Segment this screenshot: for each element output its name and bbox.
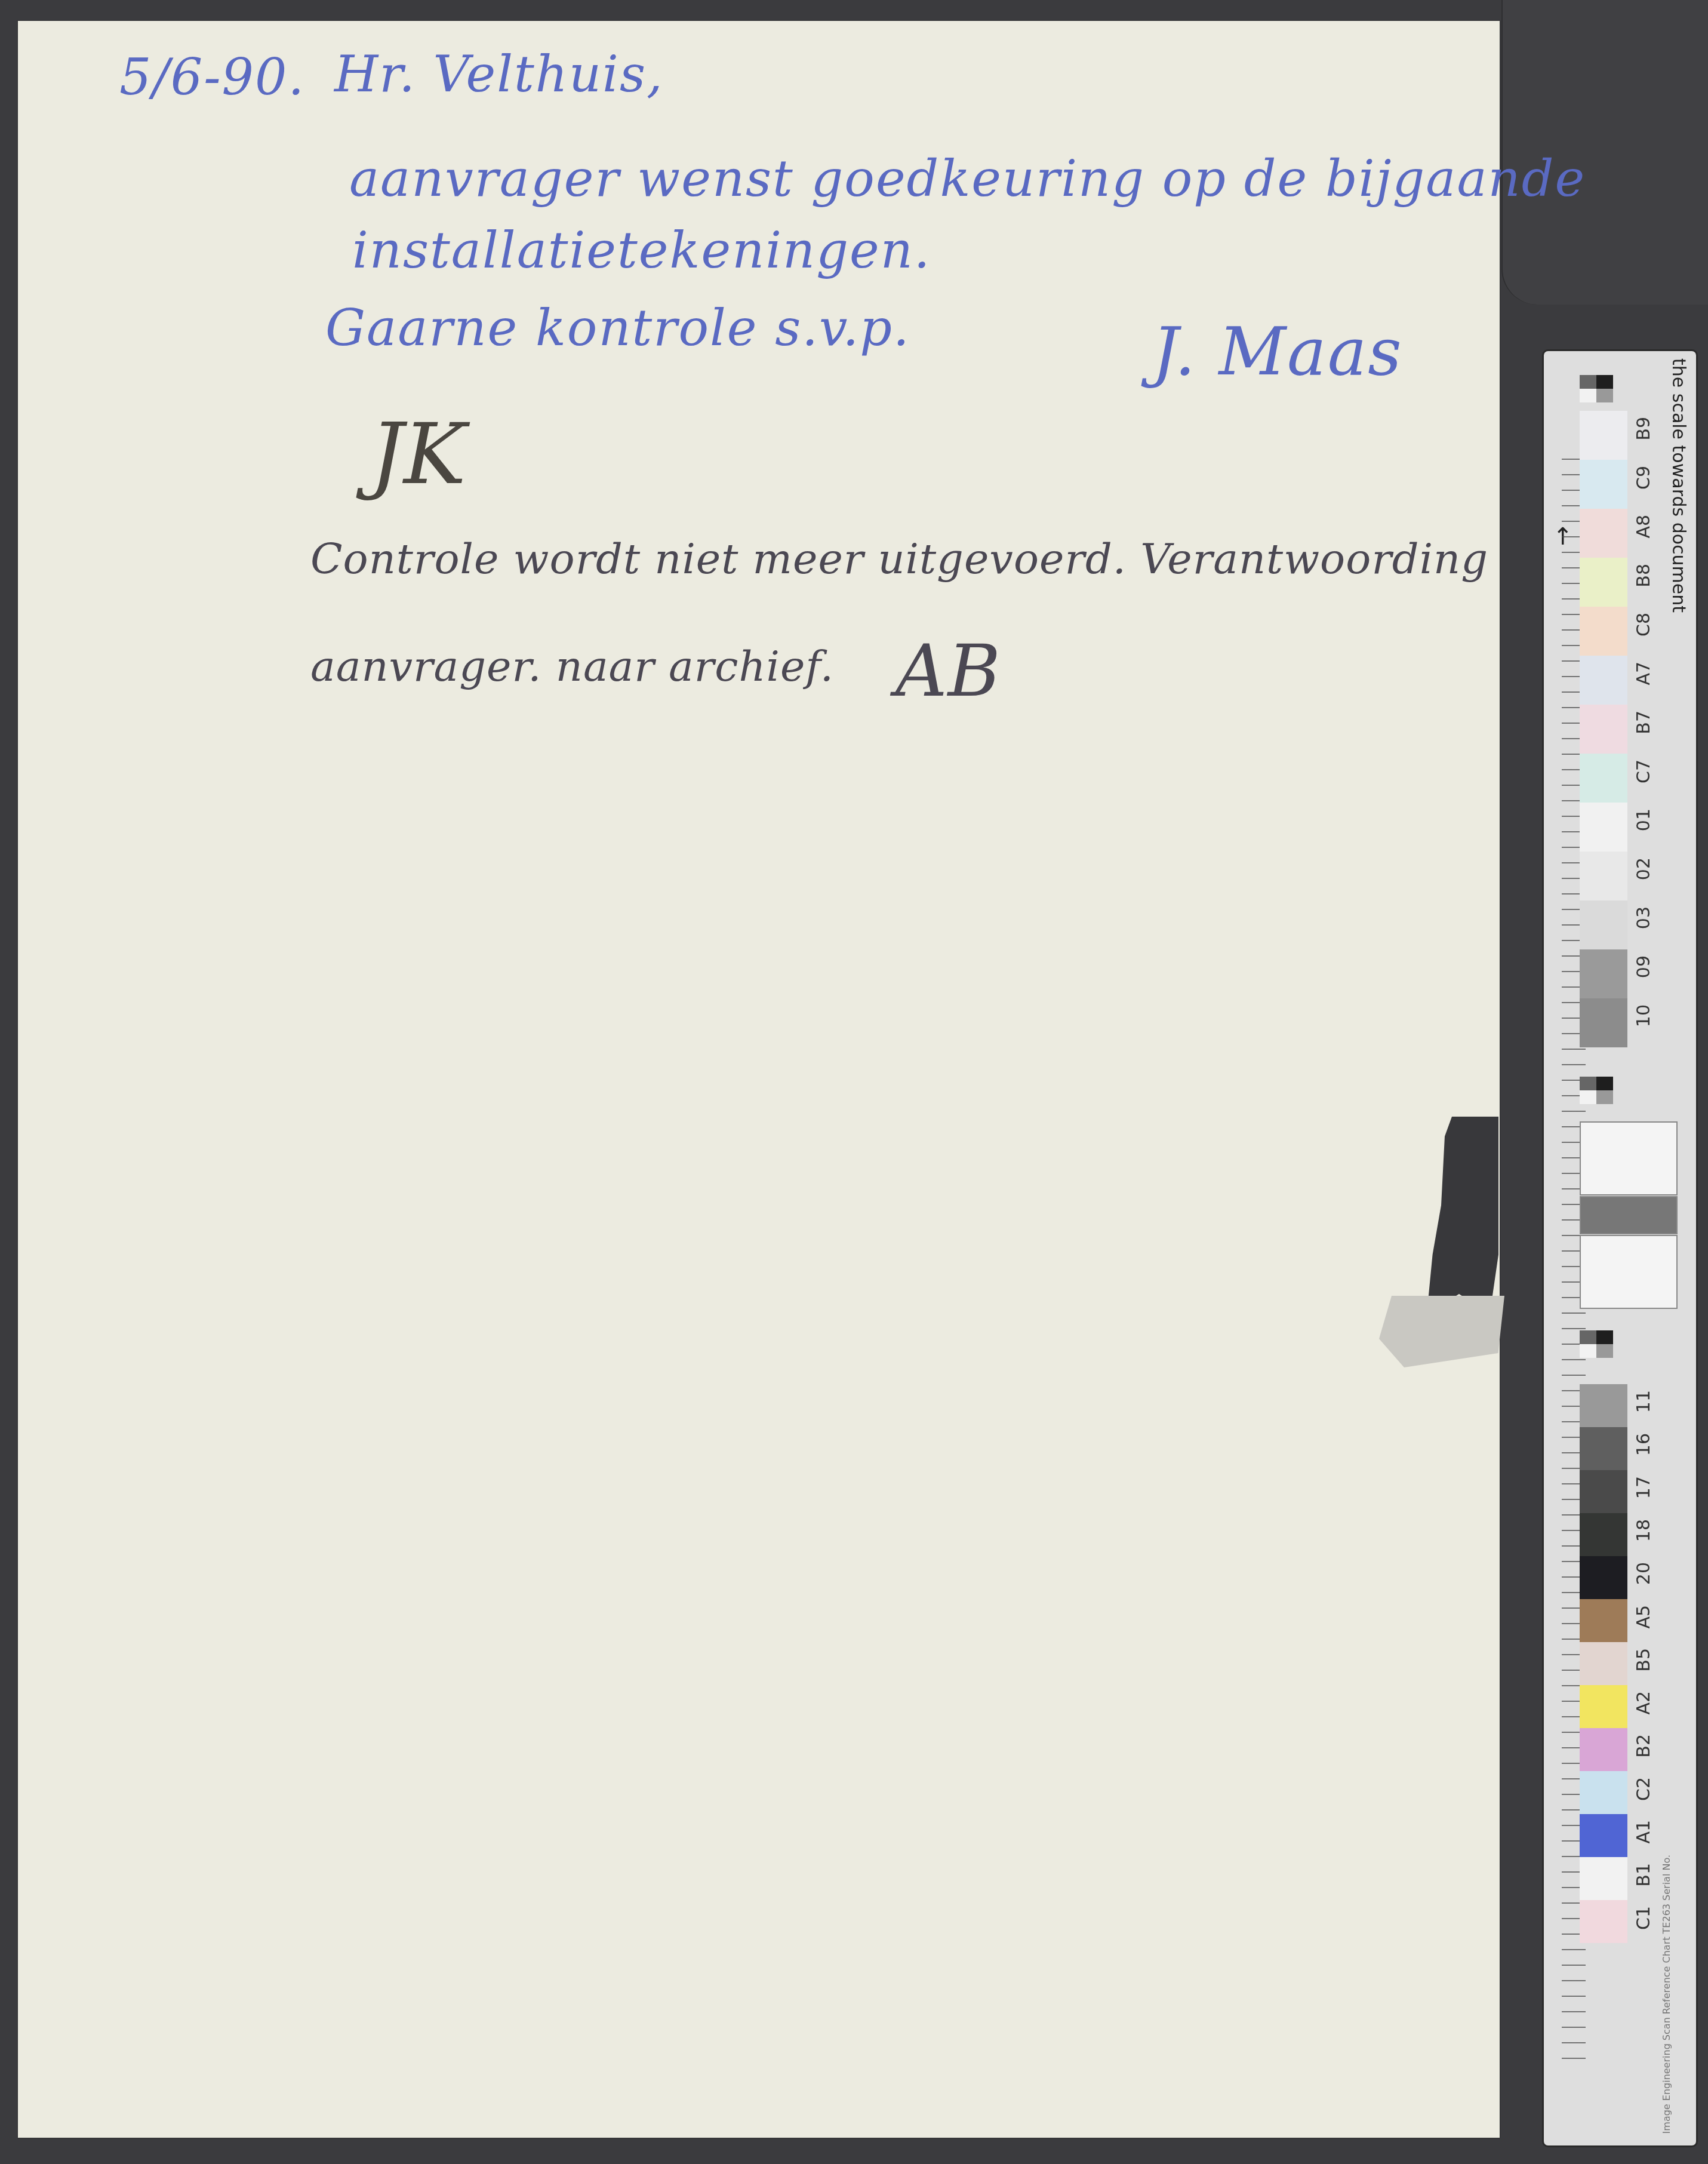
patch-label: A8 (1633, 515, 1654, 539)
document-page: 5/6-90. Hr. Velthuis, aanvrager wenst go… (18, 21, 1500, 2138)
color-patch-B7 (1580, 705, 1627, 754)
patch-label: B1 (1633, 1863, 1654, 1887)
color-patch-A7 (1580, 656, 1627, 705)
salutation: Hr. Velthuis, (334, 45, 664, 103)
note-line-1: aanvrager wenst goedkeuring op de bijgaa… (349, 149, 1586, 208)
color-patch-A5 (1580, 1599, 1627, 1642)
color-patch-C1 (1580, 1900, 1627, 1943)
grey-quad-2 (1580, 1077, 1613, 1104)
patch-label: 09 (1633, 955, 1654, 978)
patch-label: B5 (1633, 1648, 1654, 1672)
note-2-line-1: Controle wordt niet meer uitgevoerd. Ver… (310, 534, 1488, 583)
color-patch-10 (1580, 998, 1627, 1047)
color-patch-17 (1580, 1470, 1627, 1513)
color-patch-02 (1580, 852, 1627, 900)
color-patch-11 (1580, 1384, 1627, 1427)
initials-1: JK (370, 406, 466, 503)
signature-1: J. Maas (1152, 313, 1403, 390)
note-line-2: installatietekeningen. (352, 221, 931, 279)
patch-label: 03 (1633, 906, 1654, 929)
color-patch-A8 (1580, 509, 1627, 558)
patch-label: C9 (1633, 466, 1654, 490)
patch-label: 10 (1633, 1004, 1654, 1027)
color-scale-ruler: the scale towards document ↑ B9C9A8B8C8A… (1542, 349, 1698, 2147)
date-note: 5/6-90. (119, 48, 305, 106)
scale-caption: the scale towards document (1668, 358, 1689, 613)
initials-2: AB (895, 630, 1001, 713)
color-patch-B8 (1580, 558, 1627, 607)
color-patch-03 (1580, 900, 1627, 949)
color-patch-A2 (1580, 1685, 1627, 1728)
note-2-line-2: aanvrager. naar archief. (310, 642, 834, 691)
patch-label: C7 (1633, 760, 1654, 783)
patch-label: C1 (1633, 1906, 1654, 1930)
patch-label: B9 (1633, 417, 1654, 441)
color-patch-C2 (1580, 1771, 1627, 1814)
patch-label: A1 (1633, 1820, 1654, 1844)
patch-label: B2 (1633, 1734, 1654, 1758)
scale-footer: Image Engineering Scan Reference Chart T… (1661, 1855, 1672, 2134)
patch-label: 18 (1633, 1519, 1654, 1542)
patch-label: B8 (1633, 564, 1654, 588)
patch-label: 20 (1633, 1562, 1654, 1585)
color-patch-B9 (1580, 411, 1627, 460)
color-patch-C9 (1580, 460, 1627, 509)
patch-label: A5 (1633, 1605, 1654, 1629)
patch-label: 17 (1633, 1476, 1654, 1499)
patch-label: C2 (1633, 1777, 1654, 1801)
color-patch-09 (1580, 949, 1627, 998)
color-patch-B5 (1580, 1642, 1627, 1685)
patch-label: A2 (1633, 1691, 1654, 1715)
color-patch-01 (1580, 803, 1627, 852)
color-patch-A1 (1580, 1814, 1627, 1857)
patch-label: C8 (1633, 613, 1654, 637)
color-patch-20 (1580, 1556, 1627, 1599)
color-patch-C7 (1580, 754, 1627, 803)
patch-label: 01 (1633, 809, 1654, 831)
grey-bar-target (1580, 1196, 1678, 1234)
color-patch-B2 (1580, 1728, 1627, 1771)
grey-quad-3 (1580, 1330, 1613, 1358)
grey-quad-1 (1580, 375, 1613, 402)
patch-label: 02 (1633, 857, 1654, 880)
patch-label: B7 (1633, 711, 1654, 734)
color-patch-16 (1580, 1427, 1627, 1470)
resolution-target-1 (1580, 1121, 1678, 1195)
patch-label: A7 (1633, 662, 1654, 686)
color-patch-B1 (1580, 1857, 1627, 1900)
patch-label: 11 (1633, 1390, 1654, 1413)
color-patch-18 (1580, 1513, 1627, 1556)
patch-label: 16 (1633, 1433, 1654, 1456)
note-line-3: Gaarne kontrole s.v.p. (325, 299, 910, 357)
color-patch-C8 (1580, 607, 1627, 656)
resolution-target-2 (1580, 1235, 1678, 1309)
